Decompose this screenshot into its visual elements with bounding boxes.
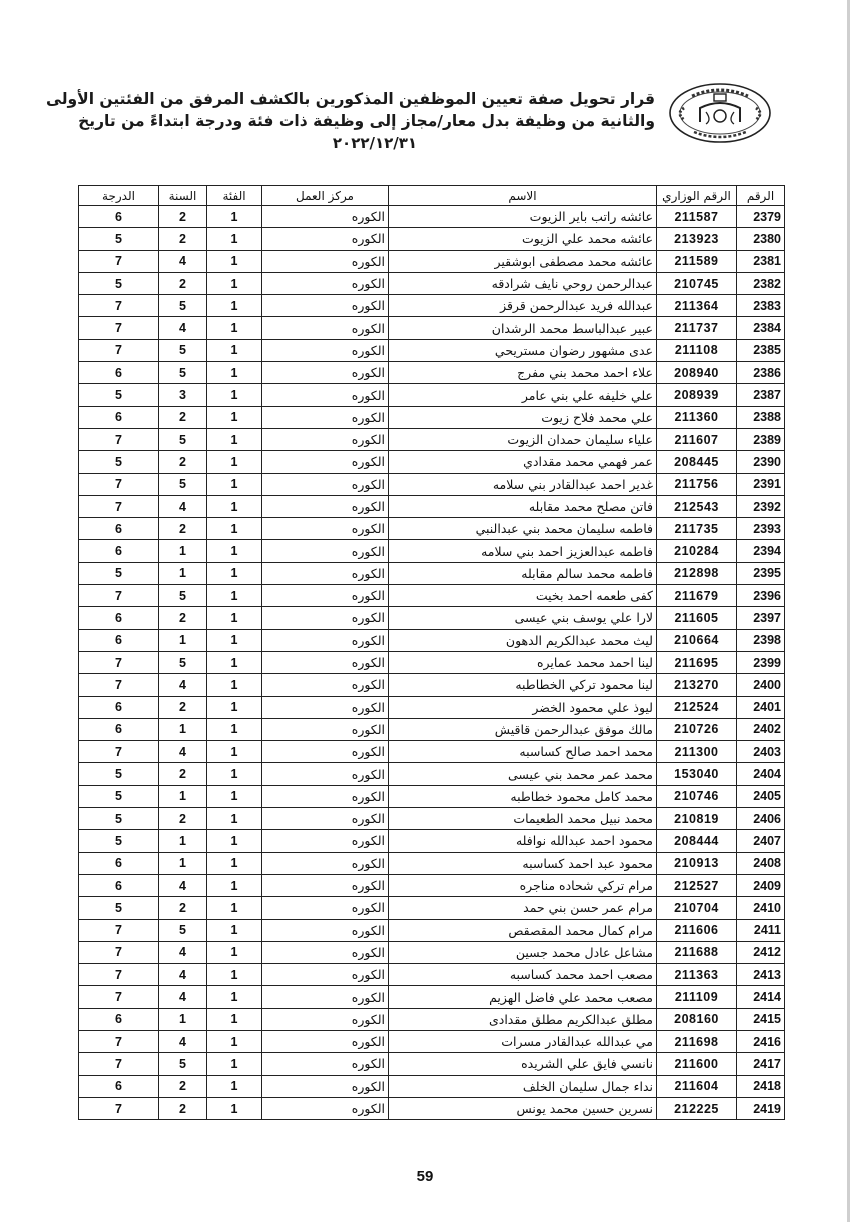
cell-name: محمد احمد صالح كساسبه — [389, 741, 657, 763]
cell-category: 1 — [207, 250, 262, 272]
cell-grade: 5 — [79, 785, 159, 807]
cell-year: 5 — [159, 473, 207, 495]
table-row: 2407208444محمود احمد عبدالله نوافلهالكور… — [79, 830, 785, 852]
table-row: 2413211363مصعب احمد محمد كساسبهالكوره147 — [79, 964, 785, 986]
cell-year: 5 — [159, 919, 207, 941]
cell-category: 1 — [207, 473, 262, 495]
cell-ministry-no: 210284 — [657, 540, 737, 562]
col-header-seq: الرقم — [737, 186, 785, 206]
table-row: 2401212524ليوذ علي محمود الخضرالكوره126 — [79, 696, 785, 718]
cell-seq: 2386 — [737, 362, 785, 384]
table-row: 2410210704مرام عمر حسن بني حمدالكوره125 — [79, 897, 785, 919]
table-row: 2393211735فاطمه سليمان محمد بني عبدالنبي… — [79, 518, 785, 540]
cell-seq: 2403 — [737, 741, 785, 763]
cell-grade: 5 — [79, 763, 159, 785]
cell-name: نداء جمال سليمان الخلف — [389, 1075, 657, 1097]
table-row: 2406210819محمد نبيل محمد الطعيماتالكوره1… — [79, 808, 785, 830]
table-header-row: الرقم الرقم الوزاري الاسم مركز العمل الف… — [79, 186, 785, 206]
table-row: 2412211688مشاعل عادل محمد جسينالكوره147 — [79, 941, 785, 963]
cell-year: 1 — [159, 718, 207, 740]
cell-work-center: الكوره — [262, 874, 389, 896]
cell-seq: 2389 — [737, 428, 785, 450]
cell-category: 1 — [207, 272, 262, 294]
cell-ministry-no: 211364 — [657, 295, 737, 317]
cell-category: 1 — [207, 607, 262, 629]
cell-name: مالك موفق عبدالرحمن قاقيش — [389, 718, 657, 740]
cell-category: 1 — [207, 540, 262, 562]
cell-seq: 2383 — [737, 295, 785, 317]
cell-work-center: الكوره — [262, 1008, 389, 1030]
cell-grade: 6 — [79, 874, 159, 896]
cell-name: فاطمه عبدالعزيز احمد بني سلامه — [389, 540, 657, 562]
cell-year: 2 — [159, 272, 207, 294]
cell-work-center: الكوره — [262, 562, 389, 584]
cell-work-center: الكوره — [262, 384, 389, 406]
cell-grade: 5 — [79, 830, 159, 852]
cell-year: 2 — [159, 763, 207, 785]
cell-seq: 2414 — [737, 986, 785, 1008]
cell-ministry-no: 211606 — [657, 919, 737, 941]
cell-work-center: الكوره — [262, 317, 389, 339]
table-row: 2394210284فاطمه عبدالعزيز احمد بني سلامه… — [79, 540, 785, 562]
cell-seq: 2379 — [737, 206, 785, 228]
cell-year: 5 — [159, 428, 207, 450]
table-row: 2383211364عبدالله فريد عبدالرحمن قرقزالك… — [79, 295, 785, 317]
cell-grade: 5 — [79, 808, 159, 830]
table-row: 2381211589عائشه محمد مصطفى ابوشقيرالكوره… — [79, 250, 785, 272]
cell-grade: 7 — [79, 941, 159, 963]
table-row: 2388211360علي محمد فلاح زيوتالكوره126 — [79, 406, 785, 428]
cell-grade: 6 — [79, 362, 159, 384]
cell-work-center: الكوره — [262, 919, 389, 941]
cell-category: 1 — [207, 741, 262, 763]
cell-ministry-no: 211607 — [657, 428, 737, 450]
cell-year: 5 — [159, 362, 207, 384]
cell-seq: 2411 — [737, 919, 785, 941]
cell-year: 1 — [159, 629, 207, 651]
cell-grade: 7 — [79, 339, 159, 361]
cell-ministry-no: 211679 — [657, 585, 737, 607]
cell-ministry-no: 212543 — [657, 495, 737, 517]
cell-seq: 2385 — [737, 339, 785, 361]
cell-category: 1 — [207, 495, 262, 517]
cell-grade: 7 — [79, 250, 159, 272]
cell-ministry-no: 210819 — [657, 808, 737, 830]
cell-grade: 5 — [79, 228, 159, 250]
cell-year: 4 — [159, 317, 207, 339]
cell-category: 1 — [207, 317, 262, 339]
cell-name: مرام كمال محمد المقصقص — [389, 919, 657, 941]
cell-grade: 6 — [79, 1008, 159, 1030]
cell-work-center: الكوره — [262, 406, 389, 428]
cell-ministry-no: 211108 — [657, 339, 737, 361]
table-row: 2386208940علاء احمد محمد بني مفرجالكوره1… — [79, 362, 785, 384]
cell-year: 5 — [159, 1053, 207, 1075]
cell-work-center: الكوره — [262, 362, 389, 384]
table-row: 2398210664ليث محمد عبدالكريم الدهونالكور… — [79, 629, 785, 651]
cell-category: 1 — [207, 562, 262, 584]
cell-year: 2 — [159, 406, 207, 428]
cell-ministry-no: 208445 — [657, 451, 737, 473]
cell-work-center: الكوره — [262, 741, 389, 763]
col-header-year: السنة — [159, 186, 207, 206]
cell-grade: 5 — [79, 384, 159, 406]
col-header-name: الاسم — [389, 186, 657, 206]
cell-category: 1 — [207, 451, 262, 473]
table-row: 2384211737عبير عبدالباسط محمد الرشدانالك… — [79, 317, 785, 339]
cell-ministry-no: 210726 — [657, 718, 737, 740]
cell-category: 1 — [207, 830, 262, 852]
cell-ministry-no: 211737 — [657, 317, 737, 339]
cell-name: عائشه محمد مصطفى ابوشقير — [389, 250, 657, 272]
cell-name: مشاعل عادل محمد جسين — [389, 941, 657, 963]
cell-ministry-no: 153040 — [657, 763, 737, 785]
table-row: 2395212898فاطمه محمد سالم مقابلهالكوره11… — [79, 562, 785, 584]
cell-category: 1 — [207, 763, 262, 785]
cell-category: 1 — [207, 1008, 262, 1030]
page-number: 59 — [0, 1168, 850, 1185]
cell-year: 4 — [159, 250, 207, 272]
col-header-grade: الدرجة — [79, 186, 159, 206]
cell-seq: 2400 — [737, 674, 785, 696]
cell-ministry-no: 211604 — [657, 1075, 737, 1097]
table-row: 2379211587عائشه راتب باير الزيوتالكوره12… — [79, 206, 785, 228]
cell-name: عبير عبدالباسط محمد الرشدان — [389, 317, 657, 339]
cell-ministry-no: 212524 — [657, 696, 737, 718]
employee-table: الرقم الرقم الوزاري الاسم مركز العمل الف… — [78, 185, 785, 1120]
cell-year: 4 — [159, 741, 207, 763]
cell-category: 1 — [207, 1053, 262, 1075]
table-row: 2409212527مرام تركي شحاده مناجرهالكوره14… — [79, 874, 785, 896]
cell-year: 2 — [159, 1075, 207, 1097]
cell-work-center: الكوره — [262, 651, 389, 673]
cell-seq: 2387 — [737, 384, 785, 406]
cell-seq: 2395 — [737, 562, 785, 584]
cell-category: 1 — [207, 1097, 262, 1119]
cell-year: 2 — [159, 206, 207, 228]
table-row: 2380213923عائشه محمد علي الزيوتالكوره125 — [79, 228, 785, 250]
cell-category: 1 — [207, 1030, 262, 1052]
cell-name: مطلق عبدالكريم مطلق مقدادى — [389, 1008, 657, 1030]
cell-seq: 2419 — [737, 1097, 785, 1119]
cell-grade: 7 — [79, 585, 159, 607]
cell-work-center: الكوره — [262, 540, 389, 562]
cell-name: لارا علي يوسف بني عيسى — [389, 607, 657, 629]
cell-grade: 7 — [79, 741, 159, 763]
cell-grade: 6 — [79, 696, 159, 718]
cell-name: فاطمه محمد سالم مقابله — [389, 562, 657, 584]
cell-ministry-no: 211695 — [657, 651, 737, 673]
cell-grade: 7 — [79, 964, 159, 986]
cell-name: مرام عمر حسن بني حمد — [389, 897, 657, 919]
cell-grade: 6 — [79, 206, 159, 228]
cell-seq: 2382 — [737, 272, 785, 294]
cell-name: فاطمه سليمان محمد بني عبدالنبي — [389, 518, 657, 540]
cell-grade: 6 — [79, 518, 159, 540]
cell-category: 1 — [207, 696, 262, 718]
cell-category: 1 — [207, 339, 262, 361]
cell-grade: 6 — [79, 406, 159, 428]
cell-year: 1 — [159, 830, 207, 852]
cell-category: 1 — [207, 674, 262, 696]
col-header-work-center: مركز العمل — [262, 186, 389, 206]
title-line-1: قرار تحويل صفة تعيين الموظفين المذكورين … — [95, 88, 655, 110]
cell-seq: 2405 — [737, 785, 785, 807]
cell-grade: 7 — [79, 295, 159, 317]
cell-name: فاتن مصلح محمد مقابله — [389, 495, 657, 517]
table-row: 2415208160مطلق عبدالكريم مطلق مقدادىالكو… — [79, 1008, 785, 1030]
cell-category: 1 — [207, 206, 262, 228]
cell-ministry-no: 211600 — [657, 1053, 737, 1075]
cell-work-center: الكوره — [262, 830, 389, 852]
cell-category: 1 — [207, 941, 262, 963]
cell-year: 1 — [159, 540, 207, 562]
cell-year: 1 — [159, 1008, 207, 1030]
cell-work-center: الكوره — [262, 1053, 389, 1075]
cell-category: 1 — [207, 384, 262, 406]
cell-year: 2 — [159, 1097, 207, 1119]
table-row: 2392212543فاتن مصلح محمد مقابلهالكوره147 — [79, 495, 785, 517]
cell-year: 5 — [159, 585, 207, 607]
cell-grade: 6 — [79, 607, 159, 629]
cell-ministry-no: 208940 — [657, 362, 737, 384]
cell-ministry-no: 212225 — [657, 1097, 737, 1119]
cell-name: محمود احمد عبدالله نوافله — [389, 830, 657, 852]
cell-category: 1 — [207, 1075, 262, 1097]
cell-grade: 5 — [79, 272, 159, 294]
cell-ministry-no: 211587 — [657, 206, 737, 228]
cell-category: 1 — [207, 651, 262, 673]
cell-name: عدى مشهور رضوان مستريحي — [389, 339, 657, 361]
cell-year: 4 — [159, 1030, 207, 1052]
cell-name: مرام تركي شحاده مناجره — [389, 874, 657, 896]
cell-seq: 2399 — [737, 651, 785, 673]
cell-category: 1 — [207, 428, 262, 450]
cell-ministry-no: 210745 — [657, 272, 737, 294]
cell-grade: 7 — [79, 674, 159, 696]
cell-category: 1 — [207, 897, 262, 919]
cell-name: نسرين حسين محمد يونس — [389, 1097, 657, 1119]
cell-name: مصعب احمد محمد كساسبه — [389, 964, 657, 986]
cell-ministry-no: 210746 — [657, 785, 737, 807]
table-row: 2404153040محمد عمر محمد بني عيسىالكوره12… — [79, 763, 785, 785]
cell-grade: 7 — [79, 1053, 159, 1075]
cell-category: 1 — [207, 629, 262, 651]
table-row: 2400213270لينا محمود تركي الخطاطبهالكوره… — [79, 674, 785, 696]
table-row: 2382210745عبدالرحمن روحي نايف شرادقهالكو… — [79, 272, 785, 294]
cell-ministry-no: 210664 — [657, 629, 737, 651]
cell-seq: 2413 — [737, 964, 785, 986]
cell-seq: 2388 — [737, 406, 785, 428]
cell-work-center: الكوره — [262, 607, 389, 629]
cell-name: مصعب محمد علي فاضل الهزيم — [389, 986, 657, 1008]
cell-seq: 2409 — [737, 874, 785, 896]
table-row: 2389211607علياء سليمان حمدان الزيوتالكور… — [79, 428, 785, 450]
cell-seq: 2418 — [737, 1075, 785, 1097]
cell-seq: 2412 — [737, 941, 785, 963]
cell-year: 2 — [159, 808, 207, 830]
cell-name: غدير احمد عبدالقادر بني سلامه — [389, 473, 657, 495]
cell-name: محمد عمر محمد بني عيسى — [389, 763, 657, 785]
cell-work-center: الكوره — [262, 250, 389, 272]
cell-seq: 2406 — [737, 808, 785, 830]
cell-grade: 6 — [79, 852, 159, 874]
cell-work-center: الكوره — [262, 451, 389, 473]
cell-grade: 7 — [79, 1030, 159, 1052]
cell-ministry-no: 210704 — [657, 897, 737, 919]
table-row: 2408210913محمود عبد احمد كساسبهالكوره116 — [79, 852, 785, 874]
cell-ministry-no: 213270 — [657, 674, 737, 696]
table-row: 2419212225نسرين حسين محمد يونسالكوره127 — [79, 1097, 785, 1119]
cell-seq: 2391 — [737, 473, 785, 495]
cell-name: محمد نبيل محمد الطعيمات — [389, 808, 657, 830]
cell-seq: 2410 — [737, 897, 785, 919]
cell-work-center: الكوره — [262, 763, 389, 785]
cell-grade: 5 — [79, 897, 159, 919]
cell-seq: 2392 — [737, 495, 785, 517]
title-line-2: والثانية من وظيفة بدل معار/مجاز إلى وظيف… — [95, 110, 655, 132]
cell-year: 5 — [159, 651, 207, 673]
cell-name: عائشه راتب باير الزيوت — [389, 206, 657, 228]
cell-ministry-no: 210913 — [657, 852, 737, 874]
table-row: 2402210726مالك موفق عبدالرحمن قاقيشالكور… — [79, 718, 785, 740]
cell-work-center: الكوره — [262, 964, 389, 986]
cell-ministry-no: 212527 — [657, 874, 737, 896]
cell-work-center: الكوره — [262, 674, 389, 696]
cell-work-center: الكوره — [262, 518, 389, 540]
cell-name: عبدالرحمن روحي نايف شرادقه — [389, 272, 657, 294]
cell-seq: 2394 — [737, 540, 785, 562]
cell-work-center: الكوره — [262, 585, 389, 607]
cell-year: 2 — [159, 897, 207, 919]
cell-ministry-no: 211735 — [657, 518, 737, 540]
cell-category: 1 — [207, 986, 262, 1008]
cell-ministry-no: 208160 — [657, 1008, 737, 1030]
cell-year: 4 — [159, 941, 207, 963]
table-row: 2411211606مرام كمال محمد المقصقصالكوره15… — [79, 919, 785, 941]
cell-seq: 2397 — [737, 607, 785, 629]
cell-work-center: الكوره — [262, 718, 389, 740]
table-row: 2396211679كفى طعمه احمد بخيتالكوره157 — [79, 585, 785, 607]
cell-work-center: الكوره — [262, 808, 389, 830]
cell-year: 2 — [159, 696, 207, 718]
table-row: 2405210746محمد كامل محمود خطاطبهالكوره11… — [79, 785, 785, 807]
cell-year: 4 — [159, 874, 207, 896]
cell-name: مي عبدالله عبدالقادر مسرات — [389, 1030, 657, 1052]
cell-category: 1 — [207, 362, 262, 384]
cell-work-center: الكوره — [262, 852, 389, 874]
cell-name: ليوذ علي محمود الخضر — [389, 696, 657, 718]
cell-name: لينا احمد محمد عمايره — [389, 651, 657, 673]
cell-year: 4 — [159, 964, 207, 986]
cell-name: علي محمد فلاح زيوت — [389, 406, 657, 428]
table-row: 2414211109مصعب محمد علي فاضل الهزيمالكور… — [79, 986, 785, 1008]
table-row: 2385211108عدى مشهور رضوان مستريحيالكوره1… — [79, 339, 785, 361]
cell-seq: 2416 — [737, 1030, 785, 1052]
cell-seq: 2417 — [737, 1053, 785, 1075]
table-row: 2397211605لارا علي يوسف بني عيسىالكوره12… — [79, 607, 785, 629]
cell-seq: 2402 — [737, 718, 785, 740]
cell-category: 1 — [207, 785, 262, 807]
cell-grade: 6 — [79, 629, 159, 651]
cell-category: 1 — [207, 874, 262, 896]
cell-name: محمود عبد احمد كساسبه — [389, 852, 657, 874]
cell-seq: 2407 — [737, 830, 785, 852]
cell-grade: 6 — [79, 1075, 159, 1097]
cell-name: علياء سليمان حمدان الزيوت — [389, 428, 657, 450]
cell-category: 1 — [207, 808, 262, 830]
cell-work-center: الكوره — [262, 228, 389, 250]
cell-grade: 7 — [79, 495, 159, 517]
cell-seq: 2384 — [737, 317, 785, 339]
cell-name: علاء احمد محمد بني مفرج — [389, 362, 657, 384]
cell-ministry-no: 211698 — [657, 1030, 737, 1052]
cell-grade: 7 — [79, 473, 159, 495]
cell-grade: 7 — [79, 919, 159, 941]
table-row: 2403211300محمد احمد صالح كساسبهالكوره147 — [79, 741, 785, 763]
cell-year: 3 — [159, 384, 207, 406]
cell-seq: 2393 — [737, 518, 785, 540]
cell-grade: 7 — [79, 651, 159, 673]
cell-work-center: الكوره — [262, 986, 389, 1008]
cell-ministry-no: 211300 — [657, 741, 737, 763]
table-row: 2416211698مي عبدالله عبدالقادر مسراتالكو… — [79, 1030, 785, 1052]
cell-category: 1 — [207, 406, 262, 428]
cell-seq: 2415 — [737, 1008, 785, 1030]
cell-year: 5 — [159, 339, 207, 361]
col-header-ministry-no: الرقم الوزاري — [657, 186, 737, 206]
cell-category: 1 — [207, 585, 262, 607]
cell-year: 2 — [159, 518, 207, 540]
cell-name: عائشه محمد علي الزيوت — [389, 228, 657, 250]
table-row: 2387208939علي خليفه علي بني عامرالكوره13… — [79, 384, 785, 406]
cell-year: 2 — [159, 451, 207, 473]
cell-name: محمد كامل محمود خطاطبه — [389, 785, 657, 807]
table-row: 2399211695لينا احمد محمد عمايرهالكوره157 — [79, 651, 785, 673]
cell-work-center: الكوره — [262, 295, 389, 317]
cell-work-center: الكوره — [262, 428, 389, 450]
cell-year: 2 — [159, 607, 207, 629]
cell-name: نانسي فايق علي الشريده — [389, 1053, 657, 1075]
cell-grade: 5 — [79, 562, 159, 584]
ministry-seal-icon — [668, 82, 772, 144]
title-date: ٢٠٢٢/١٢/٣١ — [95, 132, 655, 154]
table-body: 2379211587عائشه راتب باير الزيوتالكوره12… — [79, 206, 785, 1120]
cell-work-center: الكوره — [262, 1030, 389, 1052]
cell-grade: 7 — [79, 986, 159, 1008]
cell-seq: 2401 — [737, 696, 785, 718]
cell-seq: 2380 — [737, 228, 785, 250]
cell-category: 1 — [207, 228, 262, 250]
cell-category: 1 — [207, 852, 262, 874]
cell-grade: 7 — [79, 1097, 159, 1119]
cell-category: 1 — [207, 518, 262, 540]
col-header-category: الفئة — [207, 186, 262, 206]
table-row: 2417211600نانسي فايق علي الشريدهالكوره15… — [79, 1053, 785, 1075]
cell-name: عمر فهمي محمد مقدادي — [389, 451, 657, 473]
cell-ministry-no: 211360 — [657, 406, 737, 428]
cell-ministry-no: 208939 — [657, 384, 737, 406]
cell-work-center: الكوره — [262, 629, 389, 651]
cell-work-center: الكوره — [262, 272, 389, 294]
cell-category: 1 — [207, 964, 262, 986]
cell-ministry-no: 211363 — [657, 964, 737, 986]
cell-ministry-no: 208444 — [657, 830, 737, 852]
cell-grade: 5 — [79, 451, 159, 473]
cell-ministry-no: 211109 — [657, 986, 737, 1008]
cell-grade: 7 — [79, 317, 159, 339]
cell-seq: 2398 — [737, 629, 785, 651]
